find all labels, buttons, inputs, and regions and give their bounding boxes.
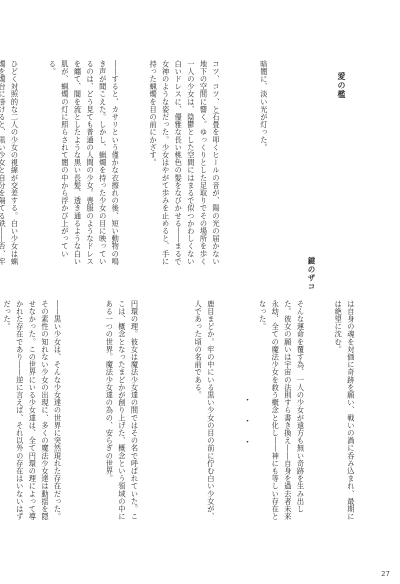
section-separator: ・・・ <box>240 395 253 458</box>
paragraph: そんな運命を覆す為、一人の少女が遠方も無い奇跡を生み出した。彼女の願いは宇宙の法… <box>256 300 306 525</box>
paragraph: 暗闇に、淡い光が灯った。 <box>257 60 270 270</box>
paragraph: 円環の理。彼女は魔法少女達の間ではその名で呼ばれていた。ここは、概念となったまど… <box>103 300 141 525</box>
paragraph: 鹿目まどか。牢の中にいる黒い少女の目の前に佇む白い少女が、人であった頃の名前であ… <box>192 300 217 525</box>
author-name: 鍵のザコ <box>306 257 317 291</box>
paragraph: ――黒い少女は、そんな少女達の世界に突然現れた存在だった。その素性の知れない少女… <box>1 300 64 525</box>
lower-text-block: は自身の魂を対価に奇跡を願い、戦いの渦に呑み込まれ、最期には絶望に沈む。 そんな… <box>20 300 382 525</box>
story-title: 愛の檻 <box>337 72 348 99</box>
page-number: 27 <box>381 570 390 578</box>
upper-text-block: 暗闇に、淡い光が灯った。 コツ、コツ、と石畳を叩くヒールの音が、陽の光の届かない… <box>80 60 295 270</box>
paragraph: ――すると、カサリという僅かな衣擦れの後、短い動物の鳴き声が聞こえた。しかし、蝋… <box>46 60 122 270</box>
paragraph: は自身の魂を対価に奇跡を願い、戦いの渦に呑み込まれ、最期には絶望に沈む。 <box>332 300 357 525</box>
paragraph: ひどく対照的な二人の少女の視線が交差する。白い少女は蝋燭を燭台に掛けると、黒い少… <box>0 60 21 270</box>
paragraph: コツ、コツ、と石畳を叩くヒールの音が、陽の光の届かない地下の空間に響く。ゆっくり… <box>146 60 222 270</box>
